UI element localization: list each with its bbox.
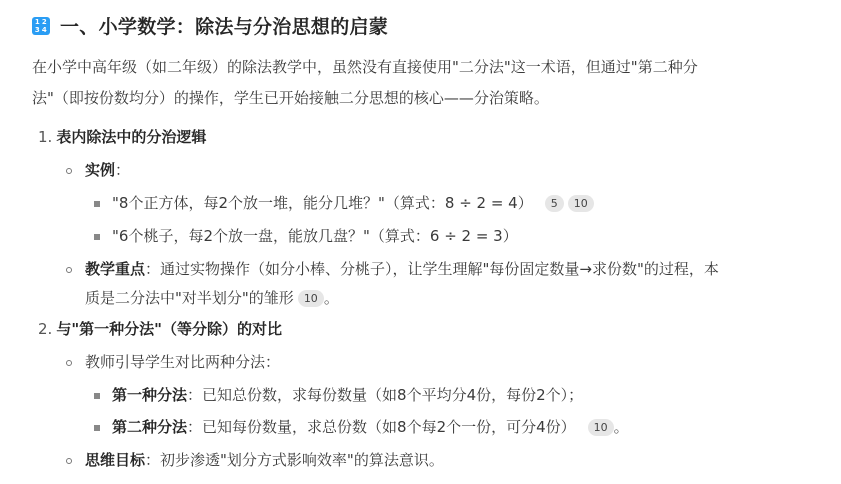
sentence-end: 。 — [324, 283, 339, 314]
list-item-title: 与"第一种分法"（等分除）的对比 — [56, 314, 282, 345]
icon-digit: 4 — [42, 26, 47, 34]
circle-bullet-icon — [66, 168, 72, 174]
circle-bullet-icon — [66, 458, 72, 464]
list-item-title: 表内除法中的分治逻辑 — [56, 122, 206, 153]
item-label: 思维目标 — [85, 445, 145, 476]
intro-line-2: 法"（即按份数均分）的操作，学生已开始接触二分思想的核心——分治策略。 — [32, 83, 762, 114]
heading-title: 一、小学数学：除法与分治思想的启蒙 — [60, 12, 388, 39]
example-text: "8个正方体，每2个放一堆，能分几堆？"（算式：8 ÷ 2 = 4） — [112, 188, 533, 219]
method-item-1: 第一种分法 ： 已知总份数，求每份数量（如8个平均分4份，每份2个）； — [94, 380, 583, 411]
sublist-item-example: 实例 ： — [66, 155, 130, 186]
list-item-2: 2. 与"第一种分法"（等分除）的对比 — [38, 314, 282, 345]
list-number: 2. — [38, 314, 52, 345]
item-label: 实例 — [85, 155, 115, 186]
item-text: 教师引导学生对比两种分法： — [85, 347, 280, 378]
citation-badge[interactable]: 10 — [568, 195, 594, 212]
item-label: 第一种分法 — [112, 380, 187, 411]
intro-paragraph: 在小学中高年级（如二年级）的除法教学中，虽然没有直接使用"二分法"这一术语，但通… — [32, 52, 762, 114]
input-numbers-icon: 1 2 3 4 — [32, 17, 50, 35]
sublist-item-teacher-guide: 教师引导学生对比两种分法： — [66, 347, 280, 378]
item-text: 已知每份数量，求总份数（如8个每2个一份，可分4份） — [202, 412, 576, 443]
item-text: 通过实物操作（如分小棒、分桃子），让学生理解"每份固定数量→求份数"的过程，本 — [160, 254, 719, 285]
example-item-1: "8个正方体，每2个放一堆，能分几堆？"（算式：8 ÷ 2 = 4） 5 10 — [94, 188, 594, 219]
item-colon: ： — [145, 254, 160, 285]
item-text: 已知总份数，求每份数量（如8个平均分4份，每份2个）； — [202, 380, 583, 411]
item-text: 初步渗透"划分方式影响效率"的算法意识。 — [160, 445, 444, 476]
icon-digit: 1 — [35, 18, 40, 26]
square-bullet-icon — [94, 425, 100, 431]
section-heading: 1 2 3 4 一、小学数学：除法与分治思想的启蒙 — [32, 12, 388, 39]
sentence-end: 。 — [614, 412, 629, 443]
square-bullet-icon — [94, 234, 100, 240]
item-colon: ： — [187, 412, 202, 443]
circle-bullet-icon — [66, 267, 72, 273]
list-item-1: 1. 表内除法中的分治逻辑 — [38, 122, 206, 153]
citation-badge[interactable]: 5 — [545, 195, 564, 212]
list-number: 1. — [38, 122, 52, 153]
item-colon: ： — [187, 380, 202, 411]
icon-digit: 3 — [35, 26, 40, 34]
circle-bullet-icon — [66, 360, 72, 366]
item-label: 第二种分法 — [112, 412, 187, 443]
sublist-item-teaching-focus: 教学重点 ： 通过实物操作（如分小棒、分桃子），让学生理解"每份固定数量→求份数… — [66, 254, 719, 285]
example-item-2: "6个桃子，每2个放一盘，能放几盘？"（算式：6 ÷ 2 = 3） — [94, 221, 518, 252]
intro-line-1: 在小学中高年级（如二年级）的除法教学中，虽然没有直接使用"二分法"这一术语，但通… — [32, 52, 762, 83]
method-item-2: 第二种分法 ： 已知每份数量，求总份数（如8个每2个一份，可分4份） 10 。 — [94, 412, 629, 443]
icon-digit: 2 — [42, 18, 47, 26]
item-text: 质是二分法中"对半划分"的雏形 — [85, 283, 294, 314]
citation-badge[interactable]: 10 — [588, 419, 614, 436]
item-colon: ： — [115, 155, 130, 186]
item-colon: ： — [145, 445, 160, 476]
square-bullet-icon — [94, 393, 100, 399]
square-bullet-icon — [94, 201, 100, 207]
item-label: 教学重点 — [85, 254, 145, 285]
citation-badge[interactable]: 10 — [298, 290, 324, 307]
sublist-item-thinking-goal: 思维目标 ： 初步渗透"划分方式影响效率"的算法意识。 — [66, 445, 444, 476]
example-text: "6个桃子，每2个放一盘，能放几盘？"（算式：6 ÷ 2 = 3） — [112, 221, 518, 252]
teaching-focus-continuation: 质是二分法中"对半划分"的雏形 10 。 — [85, 283, 339, 314]
